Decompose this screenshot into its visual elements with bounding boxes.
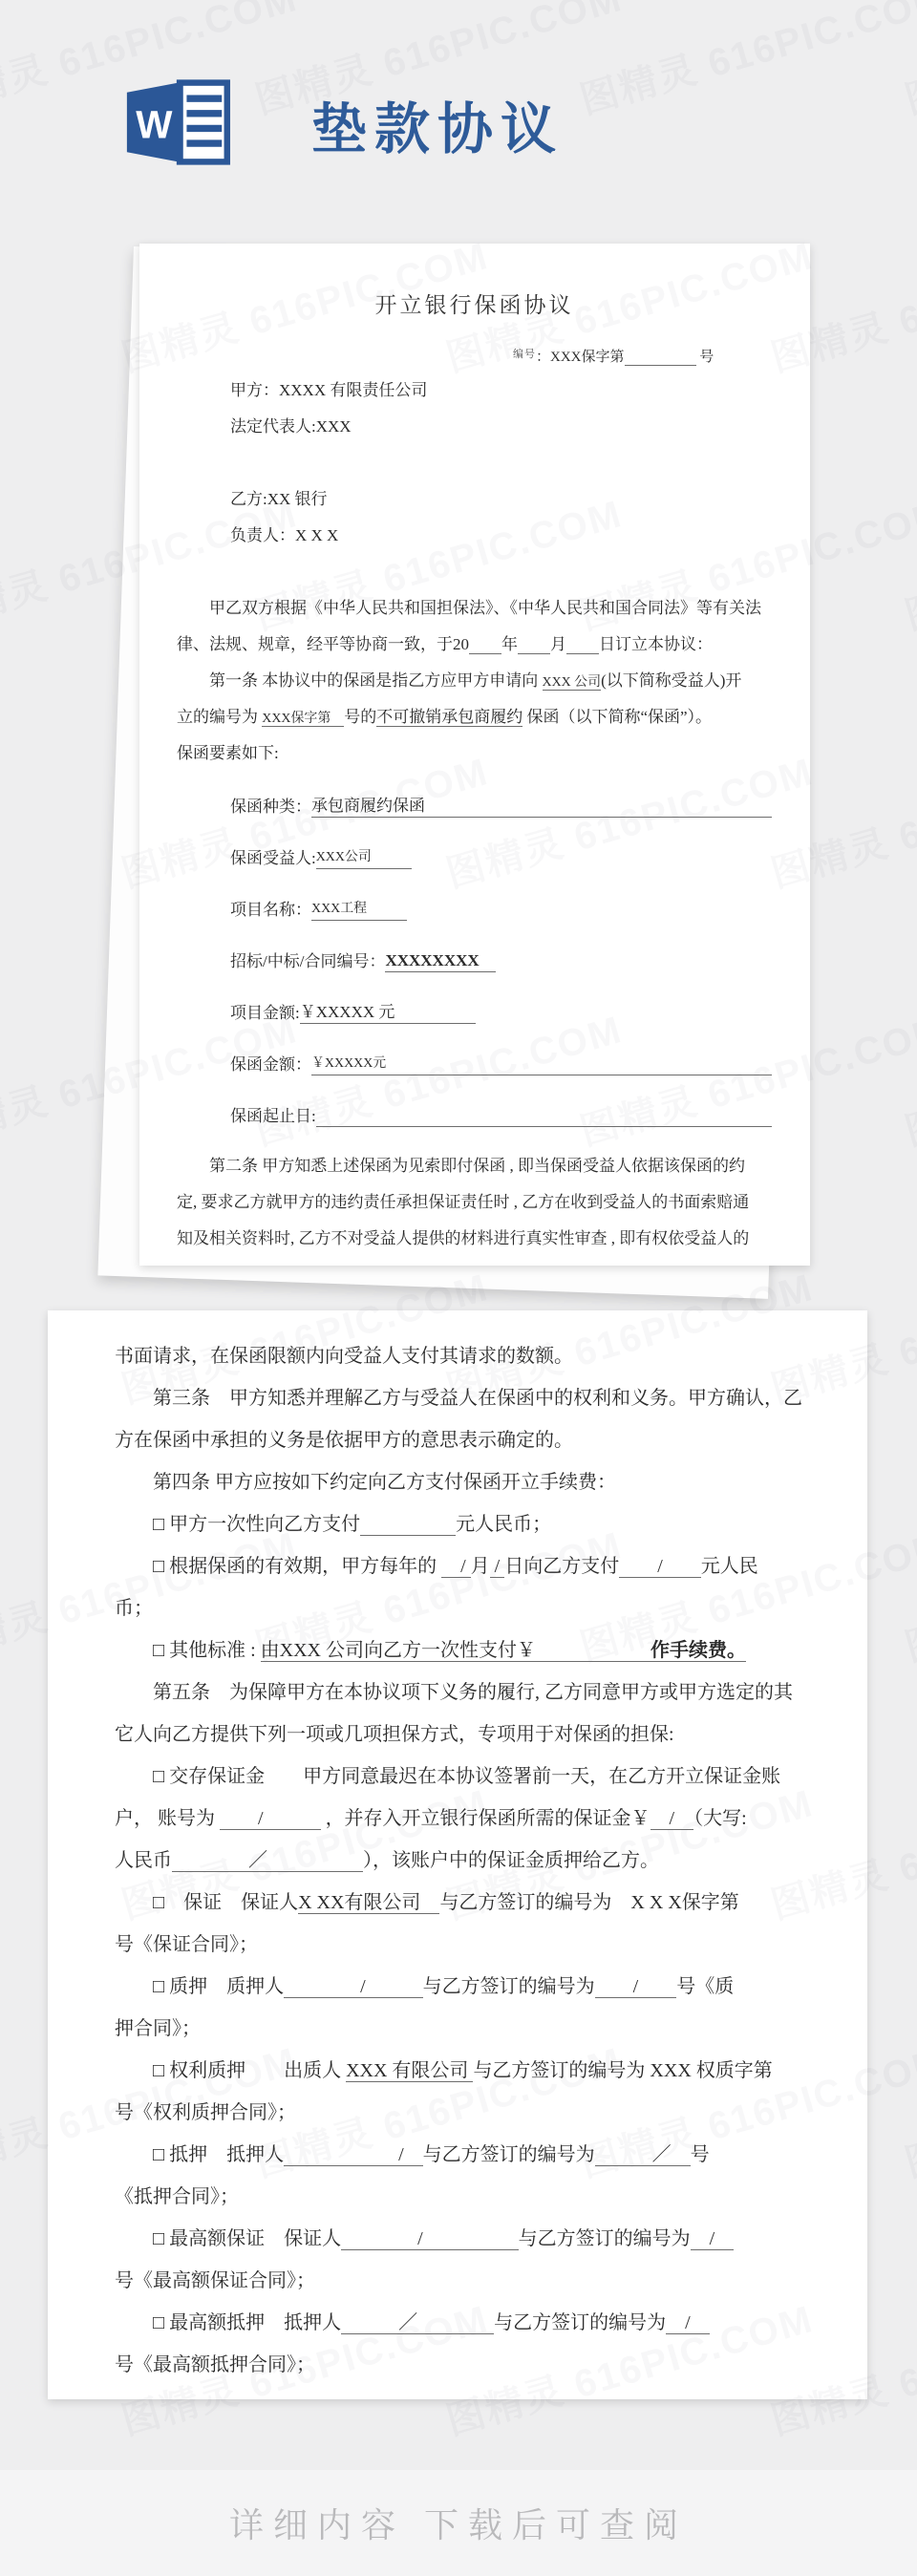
doc-line: 号《保证合同》；: [115, 1924, 804, 1966]
doc-text: 元人民: [701, 1556, 758, 1577]
blank-field: /: [490, 1556, 505, 1578]
doc-line: □ 权利质押 出质人 XXX 有限公司 与乙方签订的编号为 XXX 权质字第: [115, 2050, 804, 2092]
blank-field: [518, 635, 550, 654]
doc-line: 知及相关资料时, 乙方不对受益人提供的材料进行真实性审查 , 即有权依受益人的: [177, 1221, 772, 1257]
blank-field: XXX 公司: [543, 675, 602, 691]
doc-line: [177, 445, 772, 481]
doc-text: 保函种类：: [230, 797, 311, 818]
doc-text: ），该账户中的保证金质押给乙方。: [363, 1850, 659, 1871]
blank-field: ／: [172, 1850, 363, 1872]
doc-text: 与乙方签订的编号为: [423, 1976, 595, 1997]
doc-line: 保函种类： 承包商履约保函: [230, 772, 772, 823]
doc-line: 人民币 ／ ），该账户中的保证金质押给乙方。: [115, 1840, 804, 1882]
doc-line: 乙方:XX 银行: [230, 481, 772, 518]
doc-line: □ 最高额保证 保证人 / 与乙方签订的编号为 /: [115, 2218, 804, 2260]
doc-text: 押合同》；: [115, 2018, 201, 2039]
doc-line: 项目名称：XXX工程: [230, 875, 772, 926]
doc-text: □ 质押 质押人: [153, 1976, 284, 1997]
doc-text: 甲乙双方根据《中华人民共和国担保法》、《中华人民共和国合同法》等有关法: [209, 599, 761, 617]
doc-text: 与乙方签订的编号为 X X X保字第: [439, 1892, 738, 1913]
document-page-2: 书面请求，在保函限额内向受益人支付其请求的数额。第三条 甲方知悉并理解乙方与受益…: [48, 1310, 867, 2399]
doc-text: □ 权利质押 出质人: [153, 2060, 346, 2081]
doc-line: 律、法规、规章，经平等协商一致，于20 年 月 日订立本协议：: [177, 627, 772, 663]
watermark-text: 图精灵 616PIC.COM: [898, 1515, 917, 1671]
doc-line: □ 最高额抵押 抵押人 ／ 与乙方签订的编号为 /: [115, 2302, 804, 2344]
blank-field: [625, 350, 696, 366]
blank-field: ／: [341, 2312, 494, 2334]
doc-text: □ 根据保函的有效期，甲方每年的: [153, 1556, 441, 1577]
doc-text: 月: [471, 1556, 490, 1577]
blank-field: XXX保字第: [262, 712, 344, 727]
doc-text: 书面请求，在保函限额内向受益人支付其请求的数额。: [115, 1346, 573, 1367]
blank-field: /: [691, 2228, 735, 2250]
doc-text: 法定代表人:XXX: [230, 417, 352, 436]
blank-field: /: [650, 1808, 694, 1830]
footer-caption: 详细内容 下载后可查阅: [229, 2499, 688, 2547]
doc-text: □ 保证 保证人: [153, 1892, 298, 1913]
doc-text: 《抵押合同》；: [115, 2186, 239, 2207]
doc-line: 保函起止日:: [230, 1081, 772, 1133]
doc-line: □ 抵押 抵押人 / 与乙方签订的编号为 ／ 号: [115, 2134, 804, 2176]
doc-line: 书面请求，在保函限额内向受益人支付其请求的数额。: [115, 1335, 804, 1377]
doc-text: 与乙方签订的编号为: [519, 2228, 691, 2249]
blank-field: [316, 1126, 772, 1127]
doc-text: ，并存入开立银行保函所需的保证金￥: [321, 1808, 650, 1829]
doc-line: 第五条 为保障甲方在本协议项下义务的履行, 乙方同意甲方或甲方选定的其: [115, 1671, 804, 1714]
blank-field: /: [284, 1976, 423, 1998]
doc-line: 第二条 甲方知悉上述保函为见索即付保函 , 即当保函受益人依据该保函的约: [177, 1148, 772, 1184]
blank-field: /: [441, 1556, 471, 1578]
doc-text: 号: [696, 350, 714, 365]
doc-text: 立的编号为: [177, 708, 262, 726]
blank-field: XXXXXXXX: [385, 950, 495, 972]
doc-line: 法定代表人:XXX: [230, 409, 772, 445]
watermark-text: 图精灵 616PIC.COM: [898, 999, 917, 1156]
doc-line: □ 质押 质押人 / 与乙方签订的编号为 / 号《质: [115, 1966, 804, 2008]
document-body-1: 编号：XXX保字第 号甲方：XXXX 有限责任公司法定代表人:XXX乙方:XX …: [177, 336, 772, 1257]
footer-band: 详细内容 下载后可查阅: [0, 2470, 917, 2576]
blank-field: ￥XXXXX元: [311, 1054, 772, 1075]
doc-text: 第一条 本协议中的保函是指乙方应甲方申请向: [209, 671, 543, 690]
doc-text: (以下简称受益人)开: [601, 671, 741, 690]
blank-field: ／: [595, 2144, 691, 2166]
doc-line: □ 其他标准 : 由XXX 公司向乙方一次性支付￥ 作手续费。: [115, 1629, 804, 1671]
doc-line: 保函金额：￥XXXXX元: [230, 1030, 772, 1081]
doc-text: 招标/中标/合同编号：: [230, 951, 385, 972]
blank-field: 不可撤销承包商履约: [376, 708, 522, 727]
doc-text: 定, 要求乙方就甲方的违约责任承担保证责任时 , 乙方在收到受益人的书面索赔通: [177, 1193, 749, 1211]
doc-line: 币；: [115, 1587, 804, 1629]
doc-text: 年: [501, 635, 518, 653]
doc-line: 押合同》；: [115, 2008, 804, 2050]
doc-text: 号《最高额抵押合同》；: [115, 2354, 315, 2375]
doc-text: 第五条 为保障甲方在本协议项下义务的履行, 乙方同意甲方或甲方选定的其: [153, 1682, 793, 1703]
document-title: 开立银行保函协议: [177, 287, 772, 319]
doc-text: 项目名称：: [230, 900, 311, 921]
word-icon: W: [122, 78, 239, 166]
doc-line: 第三条 甲方知悉并理解乙方与受益人在保函中的权利和义务。甲方确认，乙: [115, 1377, 804, 1419]
document-body-2: 书面请求，在保函限额内向受益人支付其请求的数额。第三条 甲方知悉并理解乙方与受益…: [115, 1335, 804, 2386]
blank-field: [469, 635, 501, 654]
blank-field: 承包商履约保函: [311, 796, 772, 818]
doc-text: 保函起止日:: [230, 1106, 316, 1127]
page-title: 垫款协议: [311, 84, 564, 164]
doc-text: 币；: [115, 1598, 153, 1619]
doc-text: 号: [691, 2144, 710, 2165]
doc-text: 号的: [344, 708, 376, 726]
doc-text: 号《质: [676, 1976, 734, 1997]
doc-line: 第四条 甲方应按如下约定向乙方支付保函开立手续费：: [115, 1461, 804, 1503]
doc-text: 月: [550, 635, 566, 653]
doc-text: 编号: [513, 349, 536, 360]
doc-line: 户， 账号为 / ，并存入开立银行保函所需的保证金￥ / （大写:: [115, 1798, 804, 1840]
doc-text: □ 最高额保证 保证人: [153, 2228, 341, 2249]
doc-line: [177, 554, 772, 590]
doc-line: 项目金额: ￥XXXXX 元: [230, 978, 772, 1030]
doc-text: 第二条 甲方知悉上述保函为见索即付保函 , 即当保函受益人依据该保函的约: [209, 1157, 745, 1175]
doc-line: 甲方：XXXX 有限责任公司: [230, 373, 772, 409]
blank-field: 作手续费。: [650, 1640, 746, 1662]
doc-text: 保函要素如下:: [177, 744, 279, 762]
doc-text: 户， 账号为: [115, 1808, 220, 1829]
blank-field: X XX有限公司: [298, 1892, 439, 1914]
blank-field: /: [341, 2228, 519, 2250]
doc-text: 知及相关资料时, 乙方不对受益人提供的材料进行真实性审查 , 即有权依受益人的: [177, 1229, 749, 1247]
doc-line: 负责人：X X X: [230, 518, 772, 554]
doc-line: 保函受益人:XXX公司: [230, 823, 772, 875]
blank-field: XXX工程: [311, 899, 407, 921]
svg-text:W: W: [136, 103, 173, 147]
doc-text: 与乙方签订的编号为 XXX 权质字第: [473, 2060, 772, 2081]
blank-field: [360, 1514, 456, 1536]
doc-line: □ 保证 保证人X XX有限公司 与乙方签订的编号为 X X X保字第: [115, 1882, 804, 1924]
doc-text: 甲方：XXXX 有限责任公司: [230, 381, 427, 399]
doc-text: □ 最高额抵押 抵押人: [153, 2312, 341, 2333]
blank-field: /: [595, 1976, 677, 1998]
doc-text: 保函（以下简称“保函”）。: [522, 708, 712, 726]
page-background: W 垫款协议 开立银行保函协议 编号：XXX保字第 号甲方：XXXX 有限责任公…: [0, 0, 917, 2576]
doc-text: 第三条 甲方知悉并理解乙方与受益人在保函中的权利和义务。甲方确认，乙: [153, 1388, 802, 1409]
doc-text: 负责人：X X X: [230, 526, 338, 544]
doc-line: 定, 要求乙方就甲方的违约责任承担保证责任时 , 乙方在收到受益人的书面索赔通: [177, 1184, 772, 1221]
doc-text: 保函金额：: [230, 1054, 311, 1075]
doc-text: 日向乙方支付: [504, 1556, 619, 1577]
doc-text: 方在保函中承担的义务是依据甲方的意思表示确定的。: [115, 1430, 573, 1451]
doc-text: 号《最高额保证合同》；: [115, 2270, 315, 2291]
doc-line: 号《最高额抵押合同》；: [115, 2344, 804, 2386]
doc-text: ：XXX保字第: [536, 350, 625, 365]
doc-text: 它人向乙方提供下列一项或几项担保方式，专项用于对保函的担保:: [115, 1724, 674, 1745]
blank-field: XXX 有限公司: [346, 2060, 473, 2082]
doc-text: □ 甲方一次性向乙方支付: [153, 1514, 360, 1535]
doc-text: 与乙方签订的编号为: [494, 2312, 666, 2333]
doc-text: □ 抵押 抵押人: [153, 2144, 284, 2165]
doc-text: 号《权利质押合同》；: [115, 2102, 296, 2123]
doc-text: 律、法规、规章，经平等协商一致，于20: [177, 635, 469, 653]
doc-line: □ 交存保证金 甲方同意最迟在本协议签署前一天，在乙方开立保证金账: [115, 1756, 804, 1798]
blank-field: /: [619, 1556, 701, 1578]
header: W 垫款协议: [0, 0, 917, 244]
blank-field: 由XXX 公司向乙方一次性支付￥: [261, 1640, 536, 1662]
doc-line: 保函要素如下:: [177, 735, 772, 772]
document-page-1: 开立银行保函协议 编号：XXX保字第 号甲方：XXXX 有限责任公司法定代表人:…: [139, 244, 810, 1266]
doc-text: □ 交存保证金 甲方同意最迟在本协议签署前一天，在乙方开立保证金账: [153, 1766, 780, 1787]
doc-text: □ 其他标准 :: [153, 1640, 261, 1661]
doc-text: 人民币: [115, 1850, 172, 1871]
doc-line: 立的编号为 XXX保字第 号的不可撤销承包商履约 保函（以下简称“保函”）。: [177, 699, 772, 735]
watermark-text: 图精灵 616PIC.COM: [898, 483, 917, 640]
doc-text: 号《保证合同》；: [115, 1934, 258, 1955]
blank-field: /: [666, 2312, 710, 2334]
doc-text: 元人民币；: [456, 1514, 551, 1535]
doc-line: 它人向乙方提供下列一项或几项担保方式，专项用于对保函的担保:: [115, 1714, 804, 1756]
word-logo-svg: W: [122, 78, 239, 166]
doc-text: 乙方:XX 银行: [230, 490, 328, 508]
doc-line: 甲乙双方根据《中华人民共和国担保法》、《中华人民共和国合同法》等有关法: [177, 590, 772, 627]
blank-field: /: [220, 1808, 321, 1830]
doc-line: □ 根据保函的有效期，甲方每年的 / 月 / 日向乙方支付 / 元人民: [115, 1545, 804, 1587]
doc-text: 日订立本协议：: [599, 635, 713, 653]
doc-line: 招标/中标/合同编号： XXXXXXXX: [230, 926, 772, 978]
blank-field: [566, 635, 599, 654]
blank-field: /: [284, 2144, 423, 2166]
blank-field: ￥XXXXX 元: [300, 1002, 477, 1024]
doc-text: 第四条 甲方应按如下约定向乙方支付保函开立手续费：: [153, 1472, 616, 1493]
blank-field: XXX公司: [316, 847, 412, 869]
doc-line: 号《最高额保证合同》；: [115, 2260, 804, 2302]
blank-field: [536, 1640, 650, 1662]
doc-line: □ 甲方一次性向乙方支付 元人民币；: [115, 1503, 804, 1545]
doc-text: 项目金额:: [230, 1003, 300, 1024]
doc-line: 编号：XXX保字第 号: [177, 336, 772, 373]
doc-line: 第一条 本协议中的保函是指乙方应甲方申请向 XXX 公司(以下简称受益人)开: [177, 663, 772, 699]
doc-text: 保函受益人:: [230, 848, 316, 869]
doc-line: 《抵押合同》；: [115, 2176, 804, 2218]
doc-line: 号《权利质押合同》；: [115, 2092, 804, 2134]
doc-text: （大写:: [693, 1808, 747, 1829]
watermark-text: 图精灵 616PIC.COM: [898, 2031, 917, 2187]
doc-line: 方在保函中承担的义务是依据甲方的意思表示确定的。: [115, 1419, 804, 1461]
doc-text: 与乙方签订的编号为: [423, 2144, 595, 2165]
